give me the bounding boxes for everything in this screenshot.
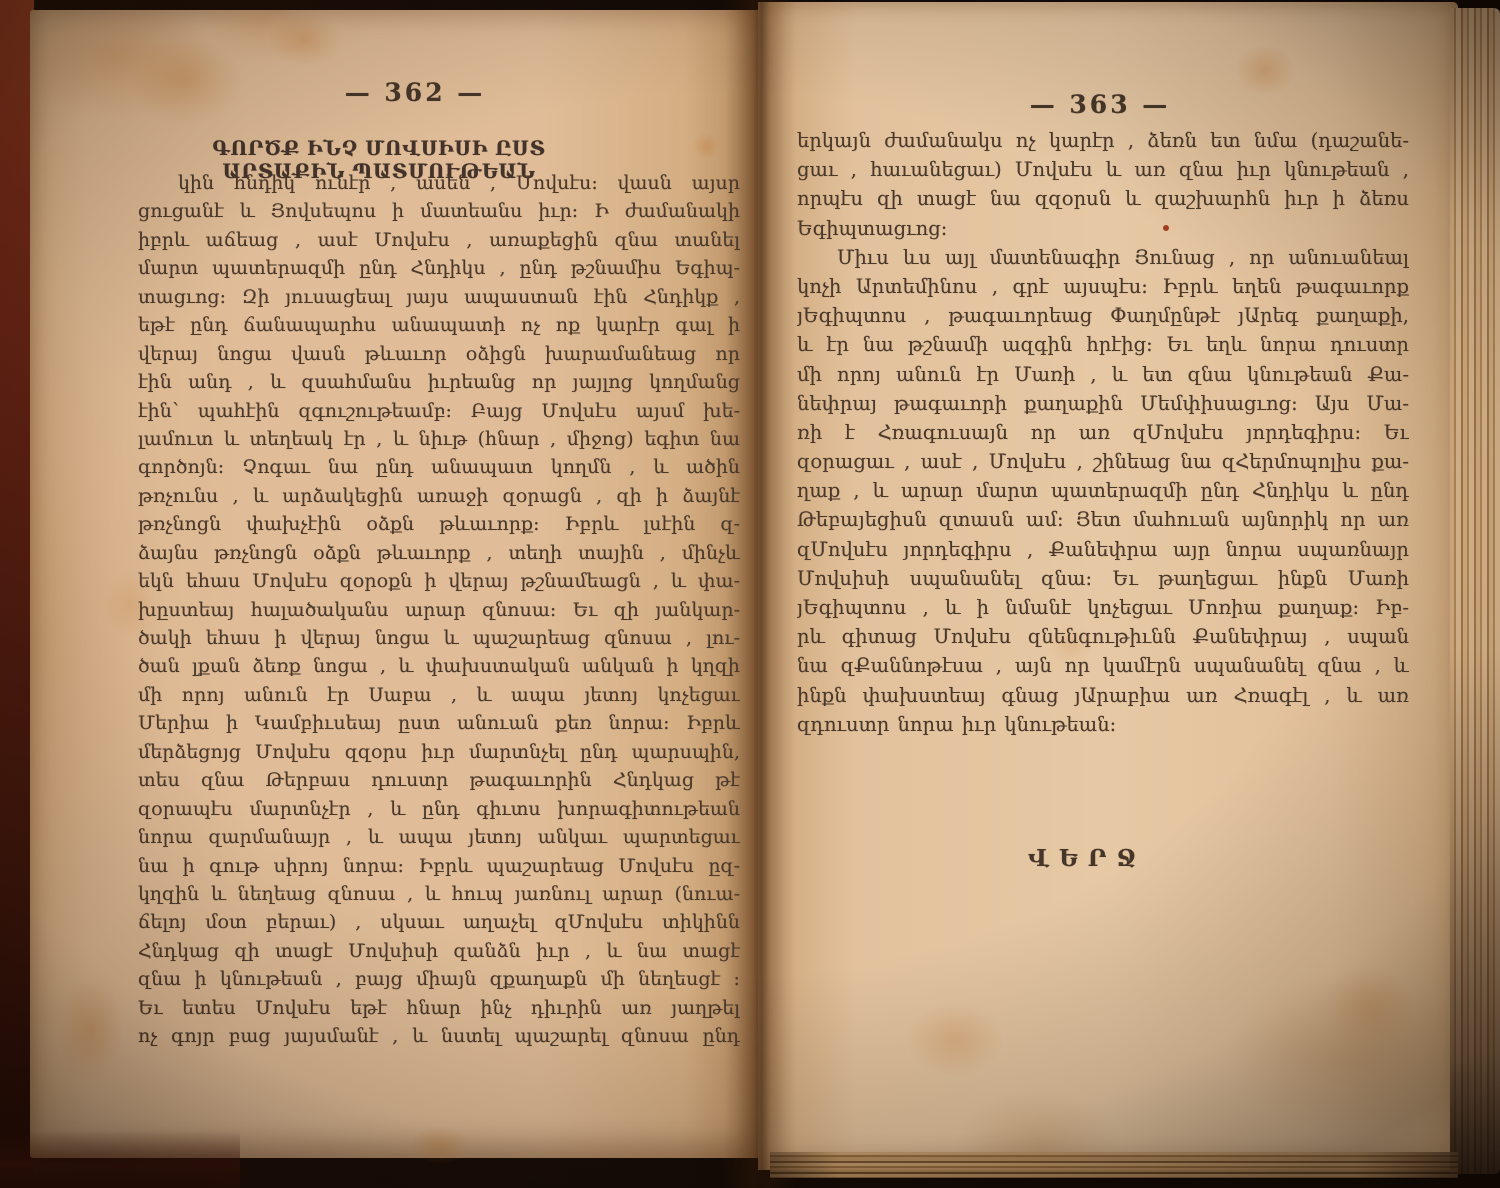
text-line: երկայն ժամանակս ոչ կարէր , ձեռն ետ նմա (… <box>797 126 1409 155</box>
text-line: ռի է Հռագուսայն որ առ զՄովսէս յորդեգիրս։… <box>797 418 1409 447</box>
text-line: խըստեայ հալածականս արար զնոսա։ Եւ զի յան… <box>138 596 740 624</box>
foxing-stain <box>400 1120 480 1170</box>
page-stack-bottom-edge <box>770 1152 1458 1178</box>
book-cover-left-edge <box>0 0 34 1188</box>
foxing-stain <box>688 128 724 164</box>
text-line: տացւոց։ Զի յուսացեալ յայս ապաստան էին Հն… <box>138 283 740 311</box>
text-line: յԵգիպտոս , և ի նմանէ կոչեցաւ Մոռիա քաղաք… <box>797 593 1409 622</box>
right-page-text: երկայն ժամանակս ոչ կարէր , ձեռն ետ նմա (… <box>797 126 1409 739</box>
text-line: զօրացաւ , ասէ , Մովսէս , շինեաց նա զՀերմ… <box>797 447 1409 476</box>
text-line: ոչ գոյր բաց յայսմանէ , և նստել պաշարել զ… <box>138 1022 740 1050</box>
text-line: մի որոյ անուն էր Մառի , և ետ զնա կնութեա… <box>797 360 1409 389</box>
text-line: կին հնդիկ ունէր , ասեն , Մովսէս։ վասն այ… <box>138 169 740 197</box>
text-line: ծան լքան ձեռք նոցա , և փախստական անկան ի… <box>138 652 740 680</box>
text-line: Մովսիսի սպանանել զնա։ Եւ թաղեցաւ ինքն Մա… <box>797 564 1409 593</box>
text-line: յԵգիպտոս , թագաւորեաց Փաղմընթէ յԱրեգ քաղ… <box>797 301 1409 330</box>
text-line: մարտ պատերազմի ընդ Հնդիկս , ընդ թշնամիս … <box>138 254 740 282</box>
text-line: Միւս ևս այլ մատենագիր Յունաց , որ անուան… <box>797 243 1409 272</box>
text-line: որպէս զի տացէ նա զզօրսն և զաշխարհն իւր ի… <box>797 184 1409 213</box>
foxing-stain <box>890 990 1020 1090</box>
text-line: կղզին և նեղեաց զնոսա , և հուպ յառնուլ ար… <box>138 880 740 908</box>
page-number-363: — 363 — <box>985 90 1215 119</box>
text-line: նեփրայ թագաւորի քաղաքին Մեմփիսացւոց։ Այս… <box>797 389 1409 418</box>
text-line: նորա զարմանայր , և ապա յետոյ անկաւ պարտե… <box>138 823 740 851</box>
text-line: զդուստր նորա իւր կնութեան։ <box>797 710 1409 739</box>
foxing-stain <box>45 960 135 1100</box>
text-line: ծակի եհաս ի վերայ նոցա և պաշարեաց զնոսա … <box>138 624 740 652</box>
text-line: թռչունս , և արձակեցին առաջի զօրացն , զի … <box>138 482 740 510</box>
text-line: ցաւ , հաւանեցաւ) Մովսէս և առ զնա իւր կնո… <box>797 155 1409 184</box>
text-line: իբրև աճեաց , ասէ Մովսէս , առաքեցին զնա տ… <box>138 226 740 254</box>
text-line: թռչնոցն փախչէին օձքն թևաւորք։ Իբրև լսէին… <box>138 510 740 538</box>
text-line: եկն եհաս Մովսէս զօրօքն ի վերայ թշնամեացն… <box>138 567 740 595</box>
text-line: ձայնս թռչնոցն օձքն թևաւորք , տեղի տային … <box>138 539 740 567</box>
foxing-stain <box>1225 35 1305 105</box>
text-line: Մերիա ի Կամբիւսեայ ըստ անուան քեռ նորա։ … <box>138 709 740 737</box>
end-mark: ՎԵՐՋ <box>1012 845 1152 872</box>
page-number-362: — 362 — <box>300 78 530 107</box>
text-line: Հնդկաց զի տացէ Մովսիսի զանձն իւր , և նա … <box>138 937 740 965</box>
text-line: նա զՔաննոթէսա , այն որ կամէրն սպանանել զ… <box>797 651 1409 680</box>
foxing-stain <box>1310 950 1430 1060</box>
text-line: ճելոյ մօտ բերաւ) , սկսաւ աղաչել զՄովսէս … <box>138 908 740 936</box>
foxing-stain <box>255 5 355 75</box>
text-line: լամուտ և տեղեակ էր , և նիւթ (հնար , միջո… <box>138 425 740 453</box>
text-line: զՄովսէս յորդեգիրս , Քանեփրա այր նորա սպա… <box>797 535 1409 564</box>
page-stack-right-edge <box>1450 8 1500 1174</box>
text-line: տես զնա Թերբաս դուստր թագաւորին Հնդկաց թ… <box>138 766 740 794</box>
text-line: նա ի գութ սիրոյ նորա։ Իբրև պաշարեաց Մովս… <box>138 852 740 880</box>
text-line: էին՝ պահէին զգուշութեամբ։ Բայց Մովսէս այ… <box>138 397 740 425</box>
text-line: մերձեցոյց Մովսէս զզօրս իւր մարտնչել ընդ … <box>138 738 740 766</box>
book-photo: — 362 — — 363 — ԳՈՐԾՔ ԻՆՉ ՄՈՎՍԻՍԻ ԸՍՏ ԱՐ… <box>0 0 1500 1188</box>
text-line: ղաք , և արար մարտ պատերազմի ընդ Հնդիկս և… <box>797 476 1409 505</box>
left-page-text: կին հնդիկ ունէր , ասեն , Մովսէս։ վասն այ… <box>138 169 740 1051</box>
foxing-stain <box>110 20 260 140</box>
text-line: զօրապէս մարտնչէր , և ընդ գիւտս խորագիտու… <box>138 795 740 823</box>
text-line: ցուցանէ և Յովսեպոս ի մատեանս իւր։ Ի ժամա… <box>138 197 740 225</box>
text-line: ինքն փախստեայ գնաց յԱրաբիա առ Հռագէլ , և… <box>797 681 1409 710</box>
text-line: Եւ ետես Մովսէս եթէ հնար ինչ դիւրին առ յա… <box>138 994 740 1022</box>
text-line: րև գիտաց Մովսէս զնենգութիւնն Քանեփրայ , … <box>797 622 1409 651</box>
book-cover-bottom-edge <box>0 1130 240 1188</box>
text-line: էին անդ , և զսահմանս իւրեանց որ յայլոց կ… <box>138 368 740 396</box>
text-line: Թեբայեցիսն զտասն ամ։ Յետ մահուան այնորիկ… <box>797 505 1409 534</box>
text-line: և էր նա թշնամի ազգին հրէից։ Եւ եղև նորա … <box>797 330 1409 359</box>
text-line: վերայ նոցա վասն թևաւոր օձիցն խարամանեաց … <box>138 340 740 368</box>
text-line: Եգիպտացւոց։ <box>797 214 1409 243</box>
text-line: զնա ի կնութեան , բայց միայն զքաղաքն մի ն… <box>138 965 740 993</box>
text-line: գործոյն։ Չոգաւ նա ընդ անապատ կողմն , և ա… <box>138 453 740 481</box>
text-line: մի որոյ անուն էր Սաբա , և ապա յետոյ կոչե… <box>138 681 740 709</box>
text-line: կոչի Արտեմինոս , գրէ այսպէս։ Իբրև եղեն թ… <box>797 272 1409 301</box>
text-line: եթէ ընդ ճանապարհս անապատի ոչ ոք կարէր գա… <box>138 311 740 339</box>
